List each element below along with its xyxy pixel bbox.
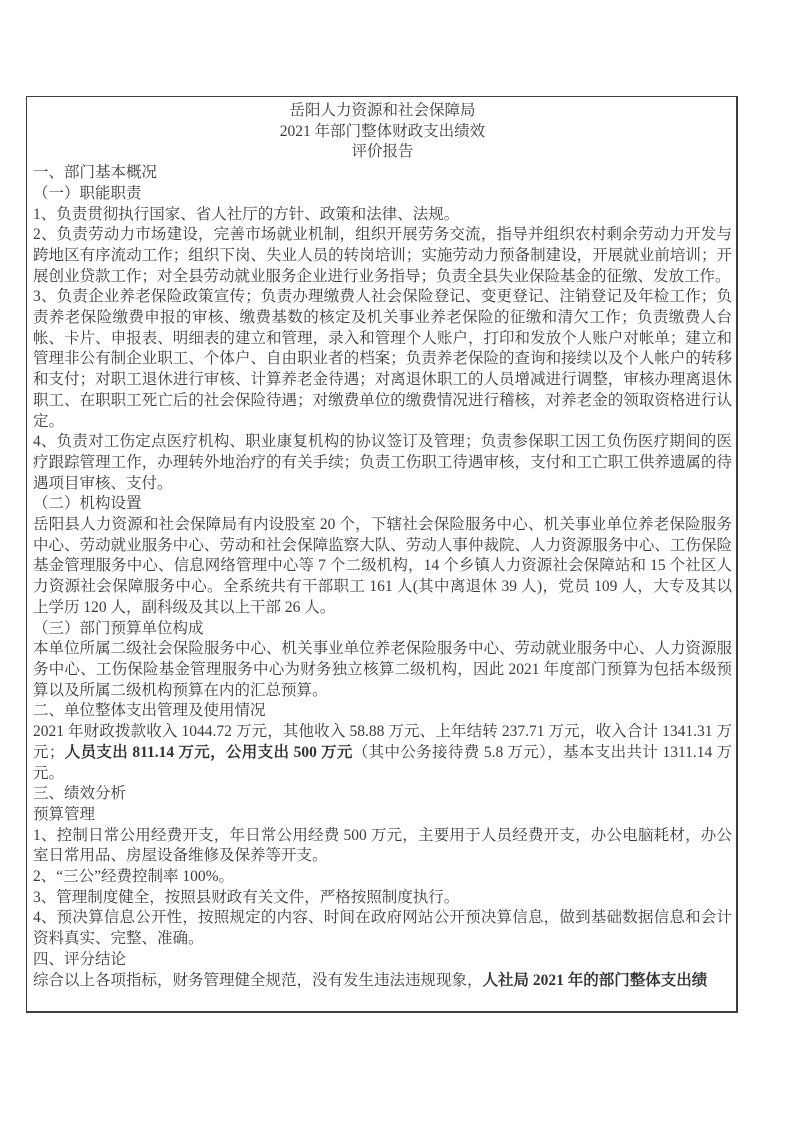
paragraph-org-structure: 岳阳县人力资源和社会保障局有内设股室 20 个，下辖社会保险服务中心、机关事业单…	[33, 515, 732, 619]
heading-section-2: 二、单位整体支出管理及使用情况	[33, 701, 732, 722]
paragraph-conclusion: 综合以上各项指标，财务管理健全规范，没有发生违法违规现象，人社局 2021 年的…	[33, 971, 732, 992]
paragraph-budget-units: 本单位所属二级社会保险服务中心、机关事业单位养老保险服务中心、劳动就业服务中心、…	[33, 639, 732, 701]
paragraph-analysis-4: 4、预决算信息公开性，按照规定的内容、时间在政府网站公开预决算信息，做到基础数据…	[33, 908, 732, 949]
paragraph-duty-4: 4、负责对工伤定点医疗机构、职业康复机构的协议签订及管理；负责参保职工因工负伤医…	[33, 432, 732, 494]
heading-section-4: 四、评分结论	[33, 950, 732, 971]
paragraph-income-expense: 2021 年财政拨款收入 1044.72 万元，其他收入 58.88 万元、上年…	[33, 722, 732, 784]
paragraph-duty-3: 3、负责企业养老保险政策宣传；负责办理缴费人社会保险登记、变更登记、注销登记及年…	[33, 287, 732, 432]
heading-subsection-1-1: （一）职能职责	[33, 184, 732, 205]
heading-section-3: 三、绩效分析	[33, 784, 732, 805]
paragraph-duty-1: 1、负责贯彻执行国家、省人社厅的方针、政策和法律、法规。	[33, 205, 732, 226]
report-title-line-1: 岳阳人力资源和社会保障局	[33, 101, 732, 122]
bold-conclusion-phrase: 人社局 2021 年的部门整体支出绩	[483, 972, 708, 989]
page: { "colors": { "background": "#ffffff", "…	[0, 0, 793, 1122]
report-title-line-3: 评价报告	[33, 142, 732, 163]
paragraph-analysis-2: 2、“三公”经费控制率 100%。	[33, 867, 732, 888]
heading-subsection-1-3: （三）部门预算单位构成	[33, 619, 732, 640]
text-run: 综合以上各项指标，财务管理健全规范，没有发生违法违规现象，	[33, 972, 483, 989]
bold-expense-figures: 人员支出 811.14 万元，公用支出 500 万元	[64, 744, 352, 761]
heading-section-1: 一、部门基本概况	[33, 163, 732, 184]
subheading-budget-management: 预算管理	[33, 805, 732, 826]
report-title-line-2: 2021 年部门整体财政支出绩效	[33, 122, 732, 143]
heading-subsection-1-2: （二）机构设置	[33, 494, 732, 515]
paragraph-analysis-3: 3、管理制度健全，按照县财政有关文件，严格按照制度执行。	[33, 888, 732, 909]
document-frame: 岳阳人力资源和社会保障局 2021 年部门整体财政支出绩效 评价报告 一、部门基…	[26, 96, 738, 1013]
paragraph-duty-2: 2、负责劳动力市场建设，完善市场就业机制，组织开展劳务交流，指导并组织农村剩余劳…	[33, 225, 732, 287]
paragraph-analysis-1: 1、控制日常公用经费开支，年日常公用经费 500 万元，主要用于人员经费开支，办…	[33, 826, 732, 867]
